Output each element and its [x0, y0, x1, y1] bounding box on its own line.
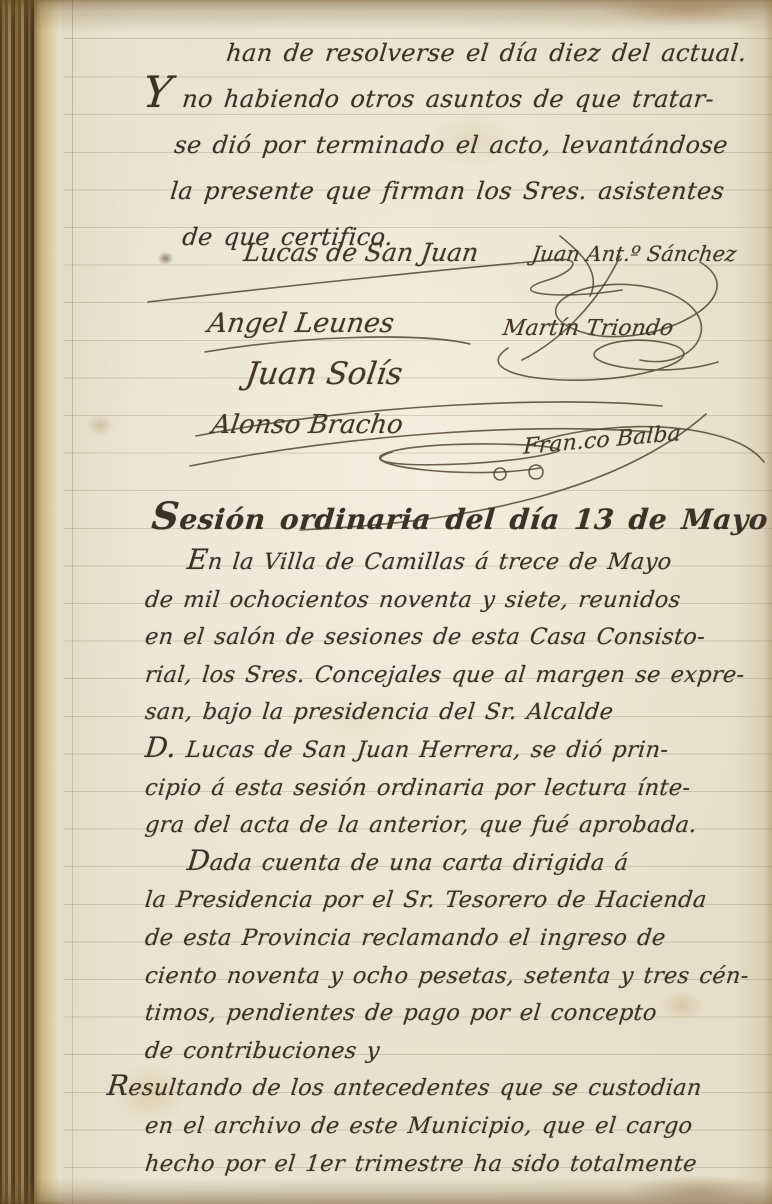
manuscript-line: la Presidencia por el Sr. Tesorero de Ha…: [105, 882, 772, 920]
manuscript-line: de mil ochocientos noventa y siete, reun…: [105, 582, 772, 620]
manuscript-line: rial, los Sres. Concejales que al margen…: [105, 657, 772, 695]
signature-lucas-de-san-juan: Lucas de San Juan: [242, 238, 480, 267]
manuscript-line: D. Lucas de San Juan Herrera, se dió pri…: [105, 732, 772, 770]
manuscript-line: en el archivo de este Municipio, que el …: [105, 1108, 772, 1146]
manuscript-line: se dió por terminado el acto, levantándo…: [140, 122, 772, 168]
page-top-shadow: [0, 0, 772, 32]
manuscript-line: de esta Provincia reclamando el ingreso …: [105, 920, 772, 958]
signature-angel-leunes: Angel Leunes: [206, 308, 396, 339]
manuscript-line: han de resolverse el día diez del actual…: [140, 30, 772, 76]
manuscript-line: ciento noventa y ocho pesetas, setenta y…: [105, 958, 772, 996]
manuscript-line: cipio á esta sesión ordinaria por lectur…: [105, 770, 772, 808]
page-bottom-shadow: [0, 1178, 772, 1204]
manuscript-page: han de resolverse el día diez del actual…: [0, 0, 772, 1204]
manuscript-line: Resultando de los antecedentes que se cu…: [105, 1070, 772, 1108]
session-heading: Sesión ordinaria del día 13 de Mayo de 1…: [150, 494, 772, 538]
margin-rule-line: [72, 0, 73, 1204]
manuscript-line: Y no habiendo otros asuntos de que trata…: [140, 76, 772, 122]
book-binding: [0, 0, 34, 1204]
manuscript-line: en el salón de sesiones de esta Casa Con…: [105, 619, 772, 657]
page-right-shadow: [763, 0, 772, 1204]
signature-juan-antonio-sanchez: Juan Ant.º Sánchez: [530, 242, 738, 266]
manuscript-line: En la Villa de Camillas á trece de Mayo: [105, 544, 772, 582]
manuscript-line: de contribuciones y: [105, 1033, 772, 1071]
manuscript-line: timos, pendientes de pago por el concept…: [105, 995, 772, 1033]
manuscript-line: san, bajo la presidencia del Sr. Alcalde: [105, 694, 772, 732]
signature-martin-triondo: Martín Triondo: [501, 316, 675, 341]
manuscript-line: la presente que firman los Sres. asisten…: [140, 168, 772, 214]
manuscript-line: gra del acta de la anterior, que fué apr…: [105, 807, 772, 845]
session-body: En la Villa de Camillas á trece de Mayo …: [105, 544, 772, 1183]
signature-alonso-bracho: Alonso Bracho: [210, 410, 405, 440]
manuscript-line: Dada cuenta de una carta dirigida á: [105, 845, 772, 883]
signature-juan-solis: Juan Solís: [243, 356, 404, 392]
closing-paragraph: han de resolverse el día diez del actual…: [140, 30, 772, 260]
page-edge-stack: [34, 0, 64, 1204]
